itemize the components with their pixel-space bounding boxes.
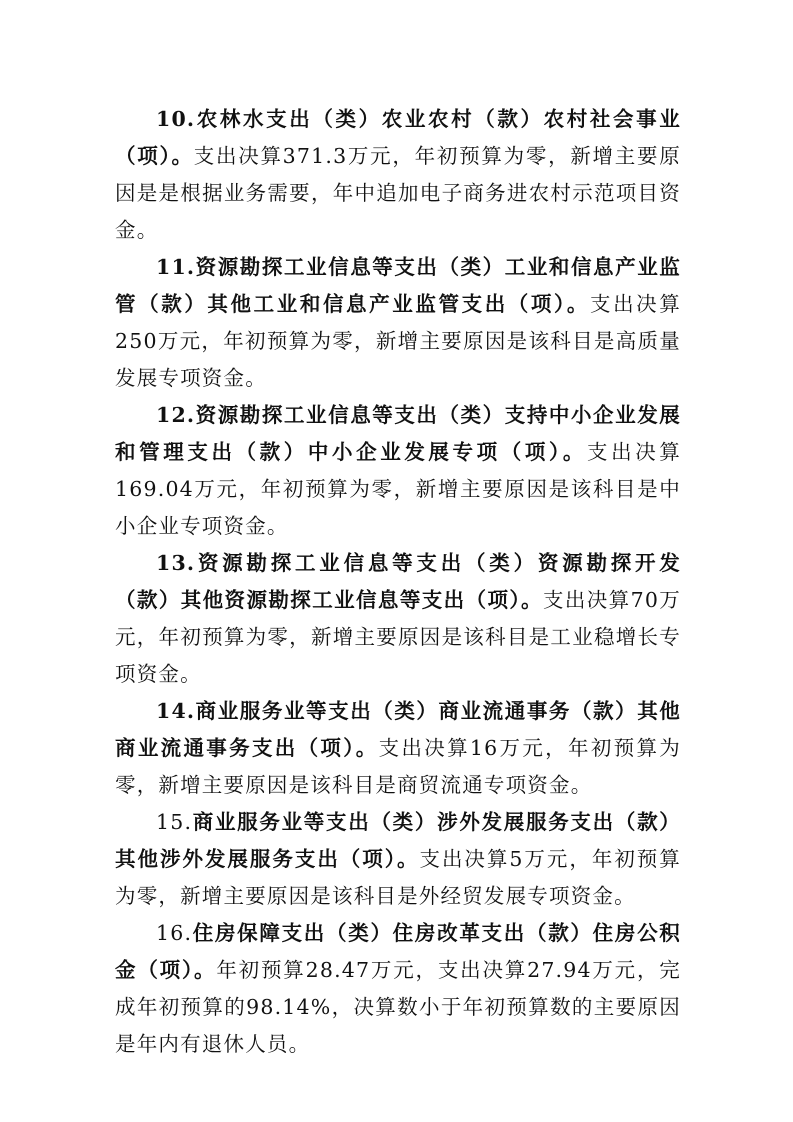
paragraph-number: 16.: [156, 921, 192, 945]
paragraph-14: 14.商业服务业等支出（类）商业流通事务（款）其他商业流通事务支出（项）。支出决…: [115, 693, 681, 804]
paragraph-12: 12.资源勘探工业信息等支出（类）支持中小企业发展和管理支出（款）中小企业发展专…: [115, 397, 681, 545]
paragraph-number: 11.: [156, 255, 195, 279]
paragraph-body: 支出决算371.3万元，年初预算为零，新增主要原因是是根据业务需要，年中追加电子…: [115, 144, 681, 242]
paragraph-number: 12.: [156, 403, 195, 427]
paragraph-11: 11.资源勘探工业信息等支出（类）工业和信息产业监管（款）其他工业和信息产业监管…: [115, 249, 681, 397]
paragraph-number: 10.: [156, 107, 195, 131]
paragraph-15: 15.商业服务业等支出（类）涉外发展服务支出（款）其他涉外发展服务支出（项）。支…: [115, 804, 681, 915]
paragraph-16: 16.住房保障支出（类）住房改革支出（款）住房公积金（项）。年初预算28.47万…: [115, 915, 681, 1063]
document-page: 10.农林水支出（类）农业农村（款）农村社会事业（项）。支出决算371.3万元，…: [115, 101, 681, 1063]
paragraph-13: 13.资源勘探工业信息等支出（类）资源勘探开发（款）其他资源勘探工业信息等支出（…: [115, 545, 681, 693]
paragraph-number: 14.: [156, 699, 195, 723]
paragraph-number: 15.: [156, 810, 192, 834]
paragraph-10: 10.农林水支出（类）农业农村（款）农村社会事业（项）。支出决算371.3万元，…: [115, 101, 681, 249]
paragraph-number: 13.: [156, 551, 195, 575]
